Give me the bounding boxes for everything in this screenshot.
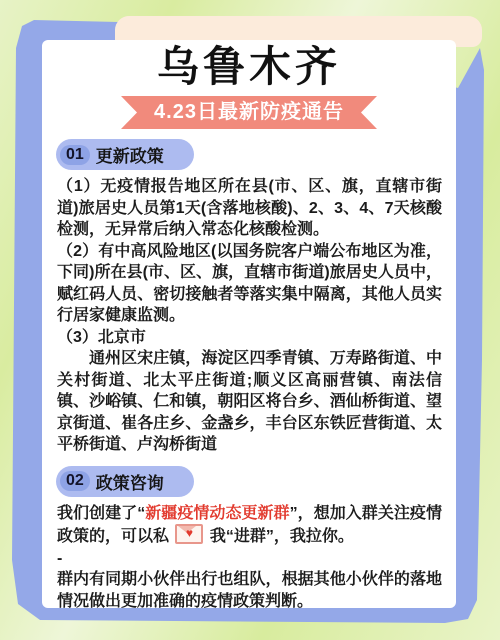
policy-paragraph-beijing-detail: 通州区宋庄镇，海淀区四季青镇、万寿路街道、中关村街道、北太平庄街道;顺义区高丽营… — [57, 348, 442, 456]
poster-title: 乌鲁木齐 — [42, 44, 456, 90]
group-name-highlight: 新疆疫情动态更新群 — [145, 505, 289, 522]
separator-dash: - — [57, 548, 442, 570]
consult-text-post: 我“进群”，我拉你。 — [205, 528, 353, 545]
policy-paragraph-3: （3）北京市 — [57, 327, 442, 349]
love-letter-icon: ♥ — [175, 524, 203, 544]
section-number-badge: 01 — [60, 145, 90, 165]
section-pill-policy-consult: 02 政策咨询 — [56, 466, 194, 497]
section-number-badge: 02 — [60, 471, 90, 491]
content-card: 乌鲁木齐 4.23日最新防疫通告 01 更新政策 （1）无疫情报告地区所在县(市… — [42, 40, 456, 608]
consultation-text-block: 我们创建了“新疆疫情动态更新群”，想加入群关注疫情政策的，可以私 ♥ 我“进群”… — [57, 503, 442, 609]
policy-paragraph-2: （2）有中高风险地区(以国务院客户端公布地区为准，下同)所在县(市、区、旗，直辖… — [57, 241, 442, 327]
section-title-label: 更新政策 — [96, 142, 164, 167]
section-pill-update-policy: 01 更新政策 — [56, 139, 194, 170]
consultation-paragraph-2: 群内有同期小伙伴出行也组队，根据其他小伙伴的落地情况做出更加准确的疫情政策判断。 — [57, 569, 442, 608]
policy-paragraph-1: （1）无疫情报告地区所在县(市、区、旗，直辖市街道)旅居史人员第1天(含落地核酸… — [57, 176, 442, 241]
consult-text-pre: 我们创建了“ — [57, 505, 145, 522]
heart-icon: ♥ — [177, 526, 201, 541]
policy-text-block: （1）无疫情报告地区所在县(市、区、旗，直辖市街道)旅居史人员第1天(含落地核酸… — [57, 176, 442, 456]
ribbon-banner: 4.23日最新防疫通告 — [121, 96, 377, 129]
consultation-paragraph-1: 我们创建了“新疆疫情动态更新群”，想加入群关注疫情政策的，可以私 ♥ 我“进群”… — [57, 503, 442, 548]
section-title-label: 政策咨询 — [96, 469, 164, 494]
